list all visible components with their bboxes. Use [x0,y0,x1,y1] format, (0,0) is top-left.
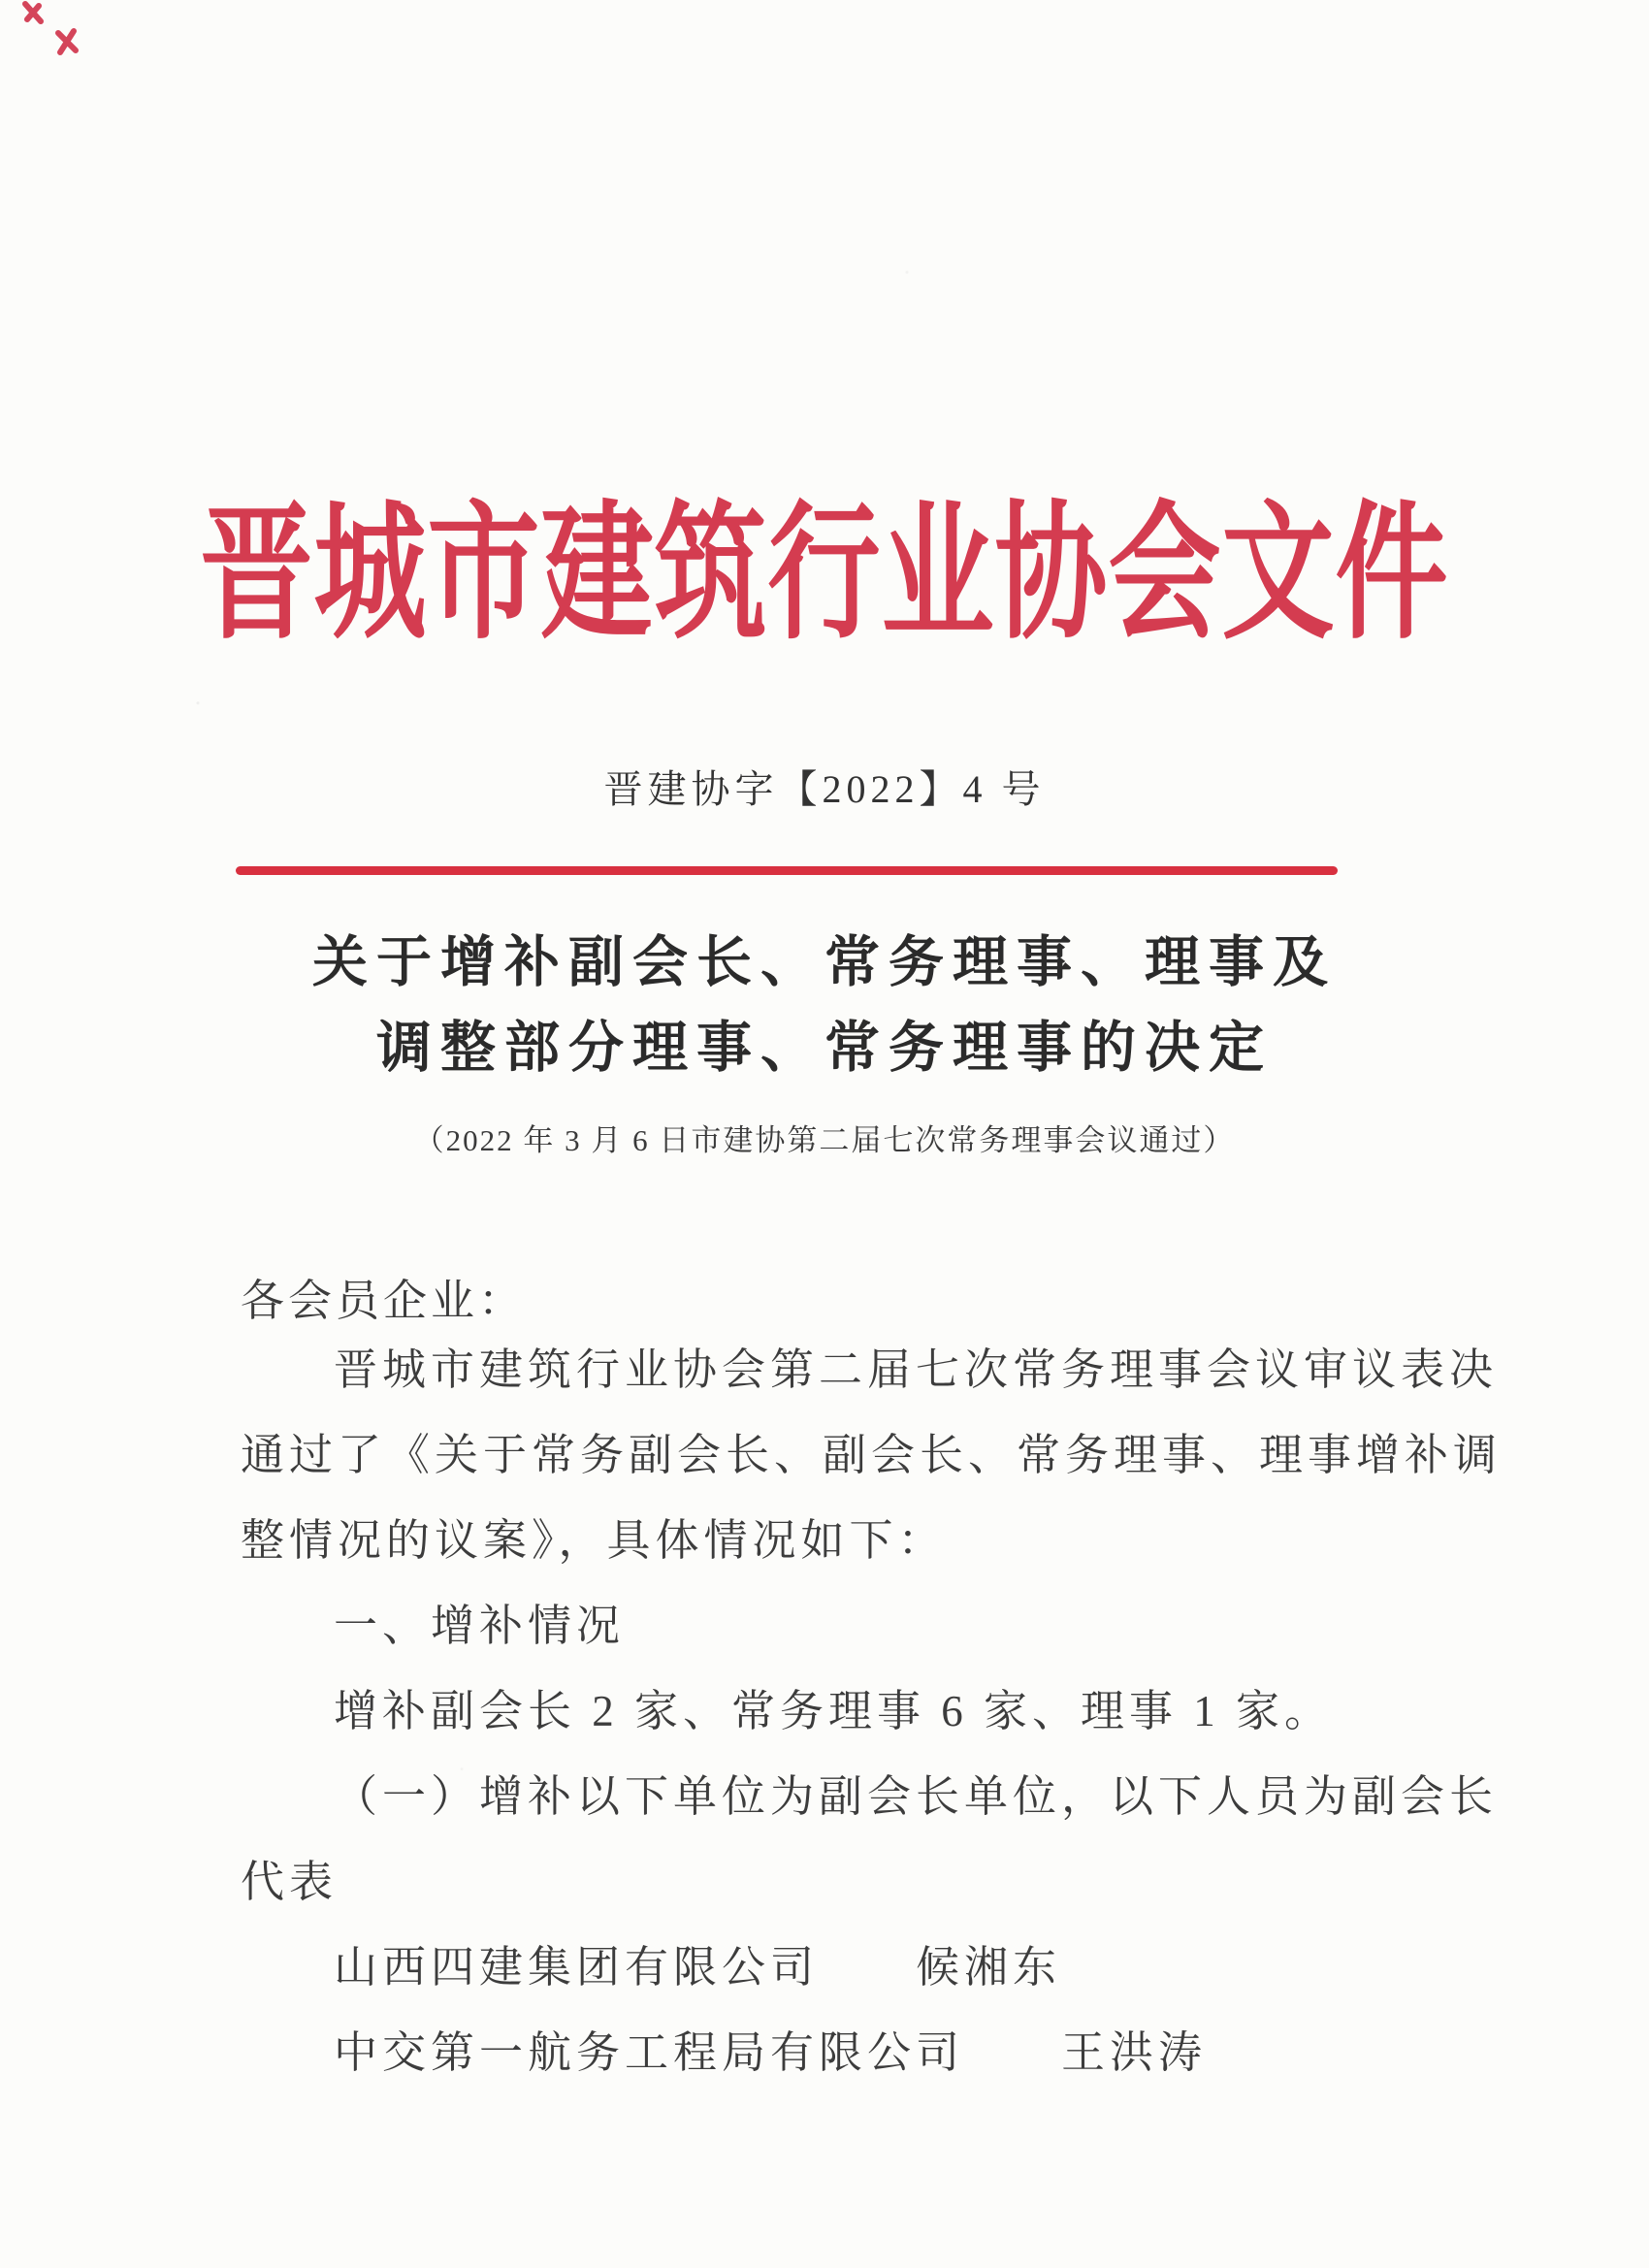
body-line: 晋城市建筑行业协会第二届七次常务理事会议审议表决 [241,1327,1453,1412]
body-line: 整情况的议案》，具体情况如下： [241,1498,1453,1583]
document-title-line2: 调整部分理事、常务理事的决定 [0,1003,1649,1083]
document-number: 晋建协字【2022】4 号 [0,759,1649,814]
body-line: 代表 [241,1839,1453,1925]
body-line: 增补副会长 2 家、常务理事 6 家、理事 1 家。 [241,1669,1453,1754]
body-line: （一）增补以下单位为副会长单位，以下人员为副会长 [241,1754,1453,1839]
red-pen-mark [16,0,103,68]
document-masthead-title: 晋城市建筑行业协会文件 [0,454,1649,667]
body-line-section-heading: 一、增补情况 [241,1583,1453,1669]
scanned-document-page: 晋城市建筑行业协会文件 晋建协字【2022】4 号 关于增补副会长、常务理事、理… [0,0,1649,2268]
body-line: 通过了《关于常务副会长、副会长、常务理事、理事增补调 [241,1412,1453,1498]
red-separator-rule [236,866,1338,875]
document-subtitle-adoption-note: （2022 年 3 月 6 日市建协第二届七次常务理事会议通过） [0,1116,1649,1159]
document-body: 晋城市建筑行业协会第二届七次常务理事会议审议表决 通过了《关于常务副会长、副会长… [241,1327,1453,2095]
body-line-company-entry: 中交第一航务工程局有限公司 王洪涛 [241,2010,1453,2095]
salutation: 各会员企业： [241,1265,526,1328]
document-title-line1: 关于增补副会长、常务理事、理事及 [0,918,1649,997]
body-line-company-entry: 山西四建集团有限公司 候湘东 [241,1925,1453,2010]
